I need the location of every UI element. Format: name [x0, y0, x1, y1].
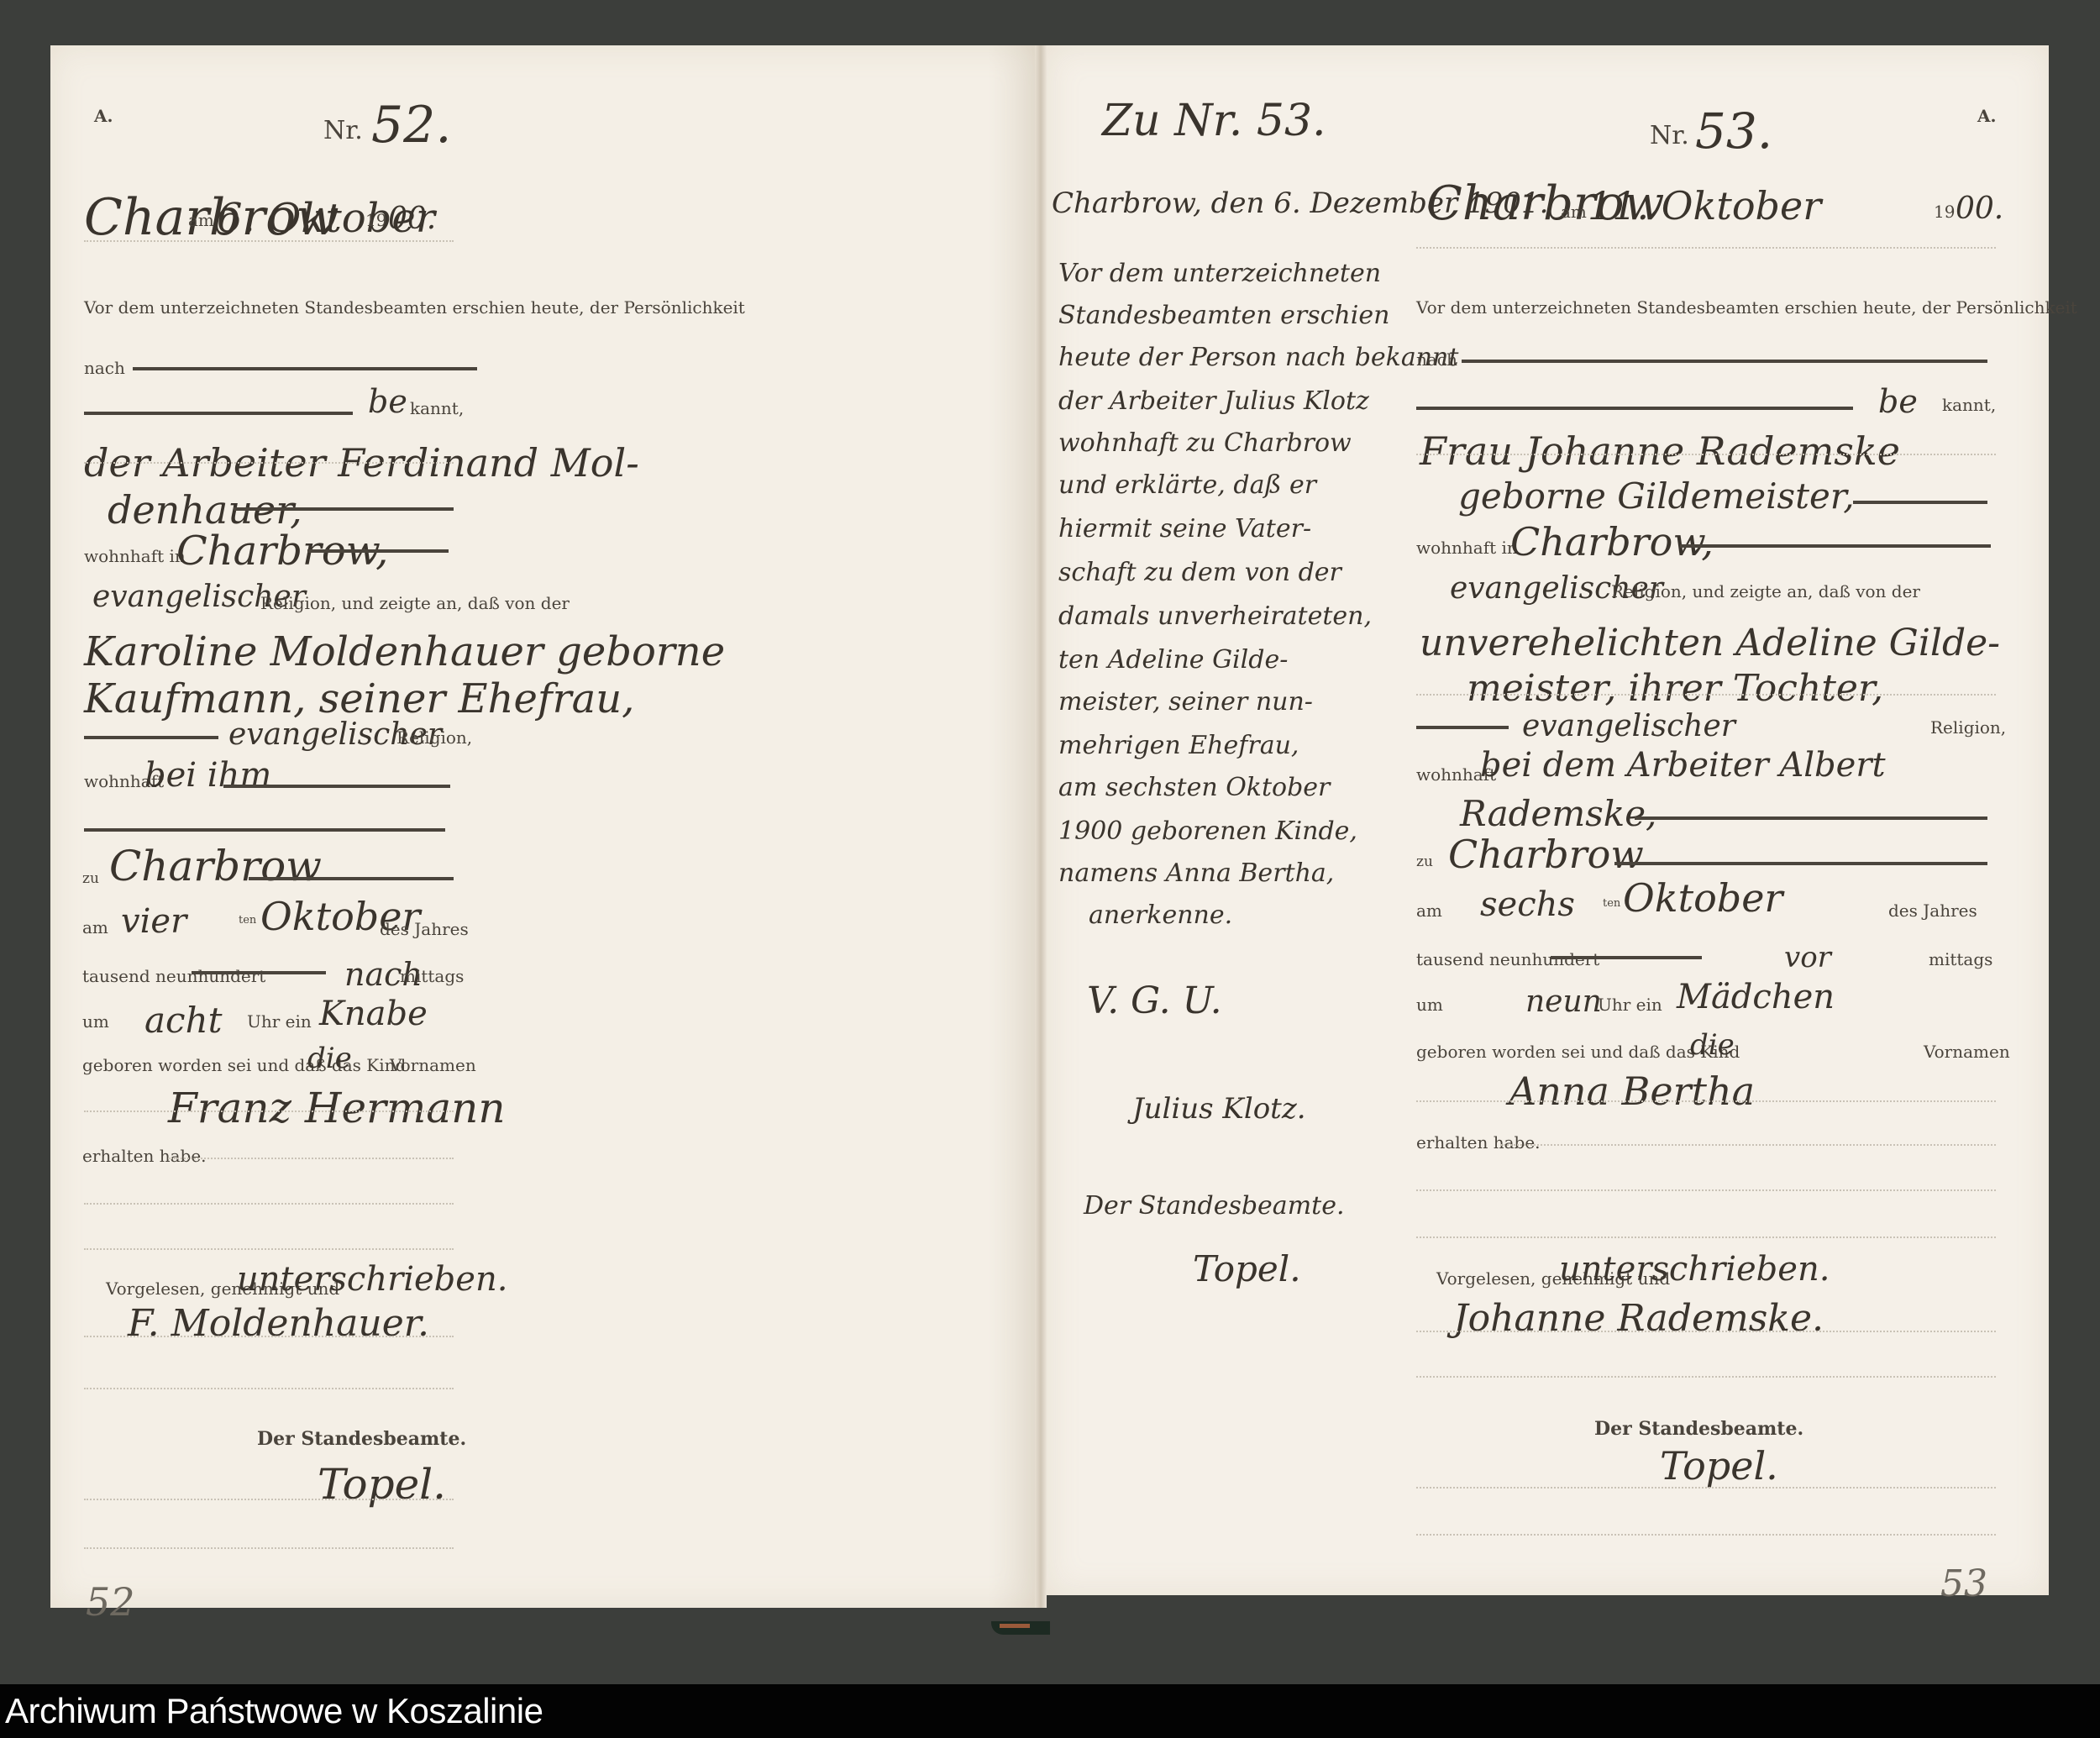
label-erhalten: erhalten habe.	[82, 1146, 207, 1166]
label-mittags: mittags	[1929, 949, 1992, 969]
archive-caption: Archiwum Państwowe w Koszalinie	[5, 1689, 543, 1733]
label-nach: nach	[1416, 349, 1457, 370]
label-des-jahres: des Jahres	[1888, 901, 1977, 921]
corner-mark: A.	[1977, 106, 1996, 126]
official-title: Der Standesbeamte.	[1594, 1418, 1803, 1440]
child-given-names: Franz Hermann	[168, 1084, 506, 1132]
label-ten: ten	[239, 914, 256, 927]
gutter-shadow	[988, 45, 1035, 1608]
informant-signature: Johanne Rademske.	[1453, 1297, 1824, 1340]
official-signature: Topel.	[318, 1460, 446, 1509]
label-erhalten: erhalten habe.	[1416, 1132, 1541, 1153]
birth-month: Oktober	[1623, 875, 1782, 921]
official-signature: Topel.	[1660, 1443, 1778, 1489]
label-die: die	[1690, 1028, 1735, 1062]
religion-text: Religion, und zeigte an, daß von der	[1611, 581, 1920, 601]
margin-line: namens Anna Bertha,	[1058, 858, 1334, 888]
label-zu: zu	[1416, 853, 1433, 870]
label-um: um	[82, 1011, 109, 1032]
right-page: Zu Nr. 53. Charbrow, den 6. Dezember 190…	[1047, 45, 2049, 1595]
religion-label-2: Religion,	[1930, 717, 2006, 738]
year-prefix: 19	[1934, 202, 1955, 222]
label-tausend: tausend neunhundert	[82, 966, 265, 986]
intro-text: Vor dem unterzeichneten Standesbeamten e…	[1416, 297, 2077, 318]
informant-line-2: geborne Gildemeister,	[1458, 475, 1855, 517]
margin-official-title: Der Standesbeamte.	[1084, 1191, 1345, 1221]
margin-line: heute der Person nach bekannt	[1058, 343, 1458, 372]
year-suffix: 00.	[1956, 192, 2003, 226]
mother-religion: evangelischer	[1522, 709, 1735, 743]
mother-residence: bei ihm	[144, 756, 271, 795]
label-am-2: am	[82, 917, 108, 937]
informant-residence: Charbrow,	[1510, 519, 1714, 564]
label-uhr-ein: Uhr ein	[247, 1011, 312, 1032]
informant-line-1: Frau Johanne Rademske	[1420, 428, 1900, 474]
registry-date: 11. Oktober	[1588, 183, 1821, 228]
label-um: um	[1416, 995, 1443, 1015]
mother-line-2: meister, ihrer Tochter,	[1467, 667, 1883, 710]
record-number-label: Nr.	[323, 116, 363, 145]
corner-mark: A.	[94, 106, 113, 126]
label-kannt: kannt,	[410, 398, 464, 418]
birth-hour: acht	[144, 1000, 223, 1041]
mother-line-2: Kaufmann, seiner Ehefrau,	[84, 675, 634, 722]
birth-hour: neun	[1525, 985, 1602, 1019]
known-be: be	[368, 383, 407, 420]
record-number: 53.	[1695, 102, 1772, 160]
religion-label-2: Religion,	[396, 727, 472, 748]
approval-hand: unterschrieben.	[1559, 1250, 1830, 1289]
margin-line: der Arbeiter Julius Klotz	[1058, 386, 1369, 416]
official-title: Der Standesbeamte.	[257, 1428, 466, 1450]
child-given-names: Anna Bertha	[1509, 1069, 1755, 1114]
religion-text: Religion, und zeigte an, daß von der	[260, 593, 570, 613]
label-tausend: tausend neunhundert	[1416, 949, 1599, 969]
year-suffix: 00.	[388, 202, 436, 236]
year-prefix: 19	[365, 210, 386, 230]
margin-line: und erklärte, daß er	[1058, 470, 1316, 500]
page-number: 52	[86, 1579, 135, 1625]
intro-text: Vor dem unterzeichneten Standesbeamten e…	[84, 297, 745, 318]
label-kannt: kannt,	[1942, 395, 1996, 415]
label-nach: nach	[84, 358, 125, 378]
margin-signature: Julius Klotz.	[1132, 1092, 1306, 1126]
birth-place: Charbrow	[1448, 832, 1644, 877]
margin-vgu: V. G. U.	[1087, 979, 1222, 1022]
margin-official-signature: Topel.	[1193, 1248, 1301, 1289]
left-page: A. Nr. 52. Charbrow am 6. Oktober 19 00.…	[50, 45, 1035, 1608]
label-zu: zu	[82, 870, 99, 887]
margin-line: Standesbeamten erschien	[1058, 301, 1389, 330]
child-type: Knabe	[319, 995, 428, 1033]
record-number: 52.	[371, 96, 451, 155]
margin-line: hiermit seine Vater-	[1058, 514, 1311, 543]
label-mittags: mittags	[400, 966, 464, 986]
informant-signature: F. Moldenhauer.	[128, 1302, 429, 1345]
margin-line: anerkenne.	[1089, 901, 1232, 930]
child-type: Mädchen	[1677, 978, 1835, 1016]
label-am: am	[188, 210, 214, 230]
book-spine	[1035, 45, 1047, 1608]
margin-line: Vor dem unterzeichneten	[1058, 259, 1381, 288]
label-die: die	[307, 1042, 352, 1075]
birth-place: Charbrow	[109, 842, 322, 890]
archive-caption-bar: Archiwum Państwowe w Koszalinie	[0, 1684, 2100, 1738]
label-ten: ten	[1603, 897, 1620, 910]
margin-line: wohnhaft zu Charbrow	[1058, 428, 1352, 458]
margin-line: schaft zu dem von der	[1058, 558, 1341, 587]
label-wohnhaft-in: wohnhaft in	[84, 546, 186, 566]
margin-line: 1900 geborenen Kinde,	[1058, 816, 1357, 846]
margin-line: am sechsten Oktober	[1058, 773, 1330, 802]
mother-residence-2: Rademske,	[1460, 793, 1656, 834]
label-vornamen: Vornamen	[1924, 1042, 2010, 1062]
mother-residence: bei dem Arbeiter Albert	[1480, 746, 1886, 785]
margin-line: damals unverheirateten,	[1058, 601, 1372, 631]
mother-line-1: Karoline Moldenhauer geborne	[84, 628, 725, 675]
label-wohnhaft-in: wohnhaft in	[1416, 538, 1518, 558]
record-number-label: Nr.	[1650, 121, 1689, 150]
known-be: be	[1878, 383, 1918, 420]
binding-edge	[1000, 1624, 1030, 1628]
mother-line-1: unverehelichten Adeline Gilde-	[1420, 622, 2000, 664]
label-des-jahres: des Jahres	[380, 919, 469, 939]
birth-day: sechs	[1480, 885, 1575, 924]
birth-am-pm: vor	[1784, 941, 1831, 974]
margin-header: Zu Nr. 53.	[1102, 96, 1326, 146]
margin-line: mehrigen Ehefrau,	[1058, 731, 1299, 760]
label-vornamen: Vornamen	[390, 1055, 476, 1075]
margin-line: ten Adeline Gilde-	[1058, 645, 1288, 675]
birth-day: vier	[121, 902, 186, 941]
approval-hand: unterschrieben.	[237, 1260, 507, 1299]
margin-line: meister, seiner nun-	[1058, 687, 1313, 717]
label-am: am	[1561, 202, 1587, 222]
page-number: 53	[1940, 1562, 1987, 1605]
label-uhr-ein: Uhr ein	[1598, 995, 1662, 1015]
label-am-2: am	[1416, 901, 1442, 921]
label-geboren: geboren worden sei und daß das Kind	[82, 1055, 406, 1075]
